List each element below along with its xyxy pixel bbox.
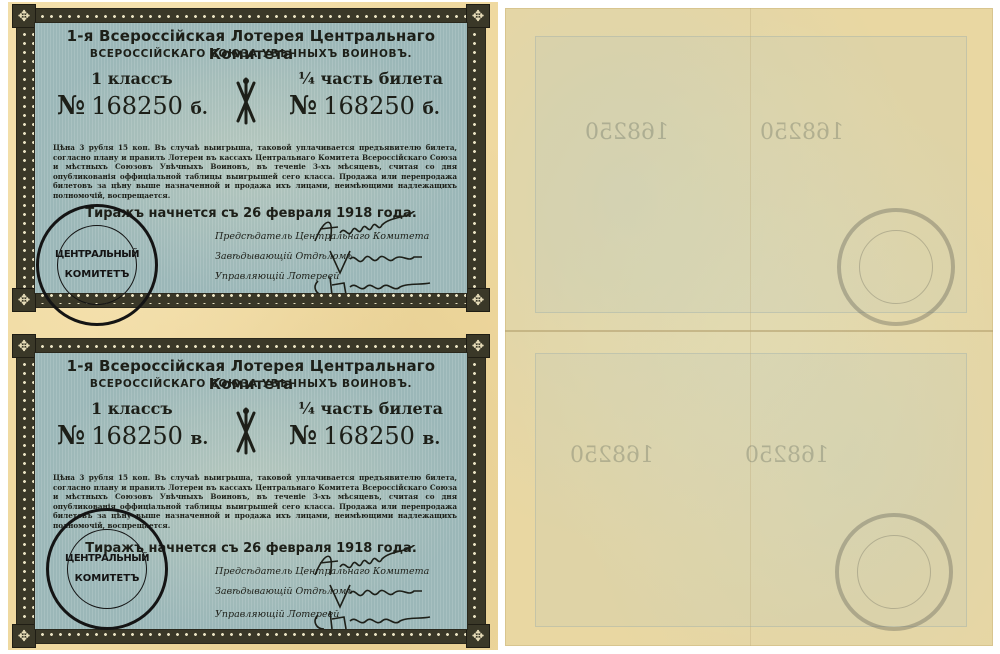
terms-text: Цѣна 3 рубля 15 коп. Въ случаѣ выигрыша,… [53,143,457,201]
corner-ornament-icon: ✥ [466,334,490,358]
ticket-top: ✥ ✥ ✥ ✥ 1-я Всероссійская Лотерея Центра… [16,8,486,308]
bleed-through-number: 168250 [570,443,654,468]
corner-ornament-icon: ✥ [466,4,490,28]
ticket-bottom: ✥ ✥ ✥ ✥ 1-я Всероссійская Лотерея Центра… [16,338,486,644]
ticket-subtitle: ВСЕРОССІЙСКАГО СОЮЗА УВѢЧНЫХЪ ВОИНОВЪ. [35,378,467,390]
class-label: 1 классъ [91,399,173,418]
official-stamp: ЦЕНТРАЛЬНЫЙ КОМИТЕТЪ [36,204,158,326]
serial-number-left: №168250 в. [57,421,208,451]
part-label: ¼ часть билета [298,399,443,418]
part-label: ¼ часть билета [298,69,443,88]
corner-ornament-icon: ✥ [12,334,36,358]
corner-ornament-icon: ✥ [12,4,36,28]
ticket-subtitle: ВСЕРОССІЙСКАГО СОЮЗА УВѢЧНЫХЪ ВОИНОВЪ. [35,48,467,60]
corner-ornament-icon: ✥ [466,624,490,648]
serial-number-left: №168250 б. [57,91,208,121]
handwritten-signatures [310,211,468,294]
bleed-through-number: 168250 [760,120,844,145]
bleed-through-number: 168250 [585,120,669,145]
corner-ornament-icon: ✥ [466,288,490,312]
reverse-stamp [837,208,955,326]
handwritten-signatures [310,545,468,630]
crossed-torches-emblem-icon [231,75,261,127]
reverse-stamp [835,513,953,631]
crossed-torches-emblem-icon [231,405,261,457]
class-label: 1 классъ [91,69,173,88]
fold-line [750,8,751,646]
corner-ornament-icon: ✥ [12,288,36,312]
reverse-sheet: 168250 168250 168250 168250 [505,8,993,646]
corner-ornament-icon: ✥ [12,624,36,648]
front-sheet: ✥ ✥ ✥ ✥ 1-я Всероссійская Лотерея Центра… [8,2,498,650]
bleed-through-number: 168250 [745,443,829,468]
serial-number-right: №168250 б. [289,91,440,121]
fold-line [505,330,993,332]
serial-number-right: №168250 в. [289,421,440,451]
official-stamp: ЦЕНТРАЛЬНЫЙ КОМИТЕТЪ [46,508,168,630]
